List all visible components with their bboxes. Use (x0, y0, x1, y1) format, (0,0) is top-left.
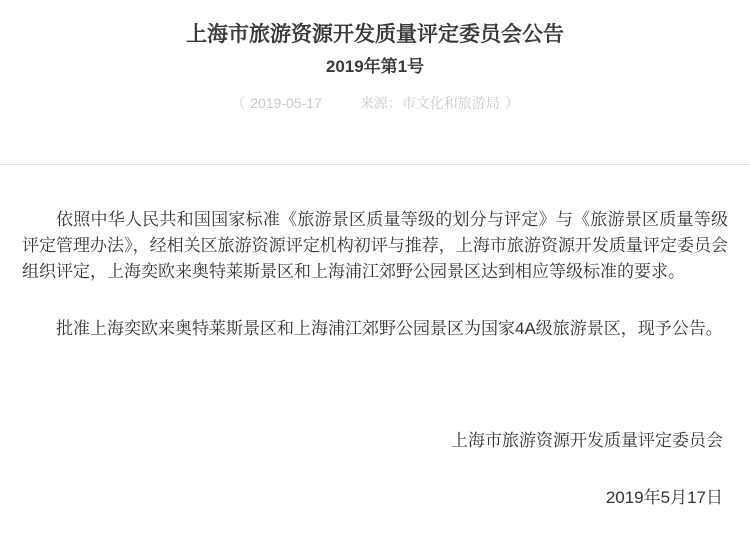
publish-meta: （2019-05-17来源：市文化和旅游局） (0, 93, 750, 113)
document-date: 2019年5月17日 (0, 485, 750, 511)
body-paragraph-1: 依照中华人民共和国国家标准《旅游景区质量等级的划分与评定》与《旅游景区质量等级评… (22, 207, 728, 285)
issuer-signature: 上海市旅游资源开发质量评定委员会 (0, 428, 750, 454)
meta-close-paren: ） (505, 95, 519, 111)
source-value: 市文化和旅游局 (402, 95, 500, 111)
horizontal-divider (0, 164, 750, 165)
issue-number: 2019年第1号 (0, 55, 750, 79)
meta-open-paren: （ (231, 95, 245, 111)
source-label: 来源： (360, 95, 402, 111)
publish-date: 2019-05-17 (250, 95, 322, 111)
announcement-document: 上海市旅游资源开发质量评定委员会公告 2019年第1号 （2019-05-17来… (0, 0, 750, 542)
body-paragraph-2: 批准上海奕欧来奥特莱斯景区和上海浦江郊野公园景区为国家4A级旅游景区，现予公告。 (22, 316, 728, 342)
page-title: 上海市旅游资源开发质量评定委员会公告 (0, 21, 750, 49)
announcement-body: 依照中华人民共和国国家标准《旅游景区质量等级的划分与评定》与《旅游景区质量等级评… (0, 207, 750, 342)
